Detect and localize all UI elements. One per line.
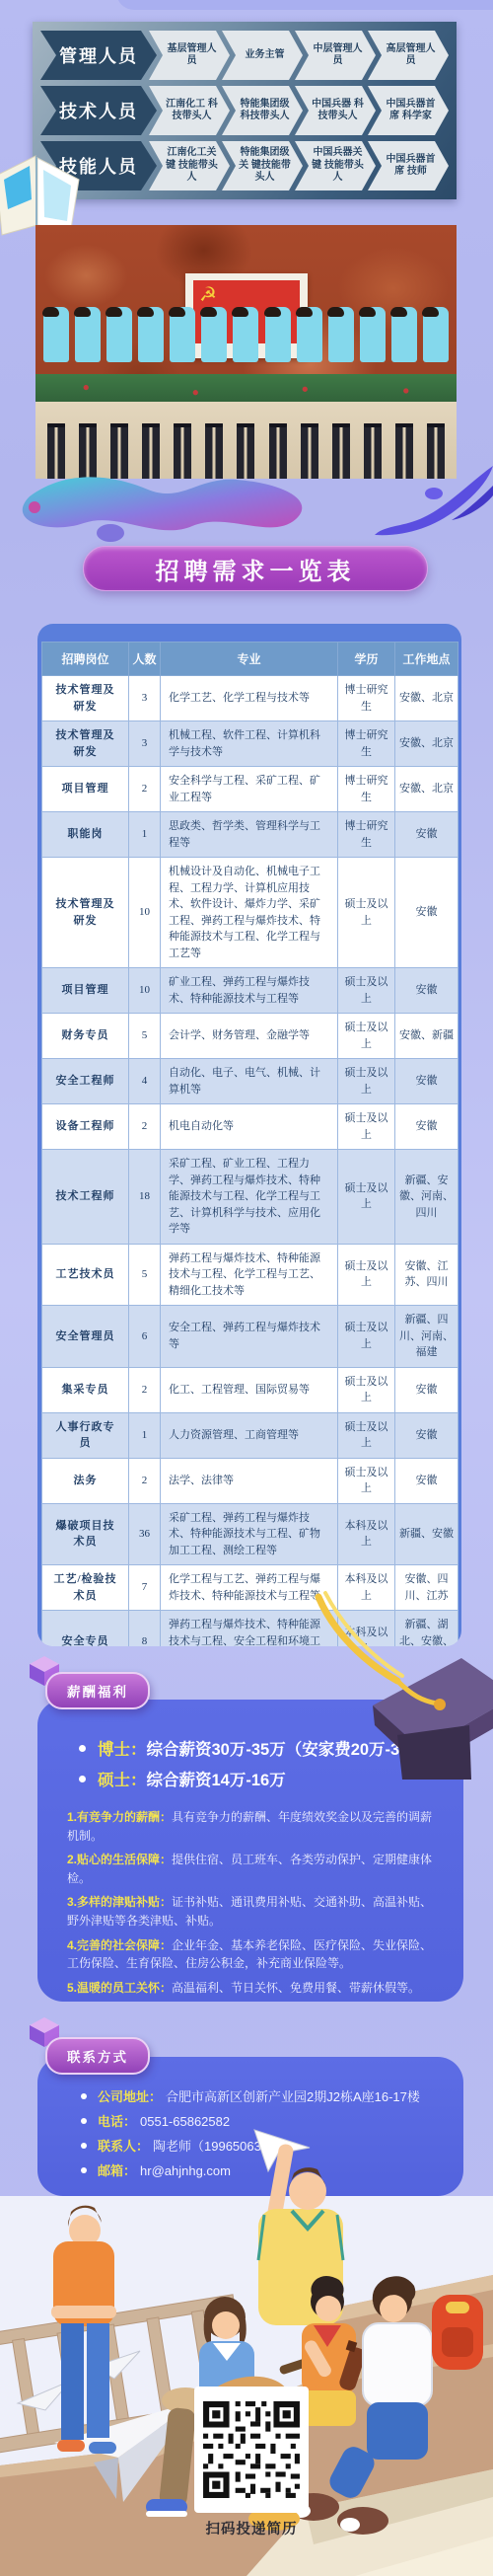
- table-row: 法务 2 法学、法律等 硕士及以上 安徽: [42, 1458, 458, 1503]
- photo-people-row: [43, 309, 449, 457]
- cell-major: 采矿工程、弹药工程与爆炸技术、特种能源技术与工程、矿物加工工程、测绘工程等: [161, 1503, 338, 1565]
- section-title-banner: 招聘需求一览表: [83, 546, 428, 591]
- cell-degree: 硕士及以上: [338, 1306, 395, 1368]
- cell-count: 6: [129, 1306, 161, 1368]
- career-step: 中国兵器 科技带头人: [295, 86, 376, 135]
- table-row: 安全工程师 4 自动化、电子、电气、机械、计算机等 硕士及以上 安徽: [42, 1059, 458, 1104]
- cell-position: 法务: [42, 1458, 129, 1503]
- recruitment-table-card: 招聘岗位 人数 专业 学历 工作地点 技术管理及研发 3 化学工艺、化学工程与技…: [37, 624, 461, 1646]
- cell-position: 设备工程师: [42, 1104, 129, 1150]
- bullet-dot-icon: [79, 1776, 86, 1782]
- cell-count: 3: [129, 721, 161, 767]
- cell-location: 安徽: [395, 812, 458, 858]
- cell-location: 新疆、安徽: [395, 1503, 458, 1565]
- cell-position: 人事行政专员: [42, 1412, 129, 1458]
- cell-position: 安全工程师: [42, 1059, 129, 1104]
- career-step: 特能集团级 科技带头人: [222, 86, 303, 135]
- qr-code: [201, 2399, 302, 2500]
- cell-count: 1: [129, 812, 161, 858]
- benefits-badge: 薪酬福利: [45, 1672, 150, 1709]
- career-step: 中层管理人员: [295, 31, 376, 80]
- cell-position: 项目管理: [42, 767, 129, 812]
- contact-label: 公司地址：: [98, 2086, 162, 2105]
- benefit-item: 4.完善的社会保障：企业年金、基本养老保险、医疗保险、失业保险、工伤保险、生育保…: [67, 1936, 440, 1973]
- cell-count: 4: [129, 1059, 161, 1104]
- cell-count: 10: [129, 858, 161, 968]
- cell-major: 化工、工程管理、国际贸易等: [161, 1367, 338, 1412]
- cell-major: 思政类、哲学类、管理科学与工程等: [161, 812, 338, 858]
- cell-location: 安徽: [395, 858, 458, 968]
- col-location: 工作地点: [395, 643, 458, 676]
- col-position: 招聘岗位: [42, 643, 129, 676]
- table-row: 技术管理及研发 3 化学工艺、化学工程与技术等 博士研究生 安徽、北京: [42, 676, 458, 721]
- bullet-dot-icon: [81, 2093, 87, 2099]
- table-row: 人事行政专员 1 人力资源管理、工商管理等 硕士及以上 安徽: [42, 1412, 458, 1458]
- cell-major: 弹药工程与爆炸技术、特种能源技术与工程、化学工程与工艺、精细化工技术等: [161, 1244, 338, 1306]
- bullet-dot-icon: [79, 1745, 86, 1752]
- person-figure: [201, 309, 227, 457]
- table-row: 职能岗 1 思政类、哲学类、管理科学与工程等 博士研究生 安徽: [42, 812, 458, 858]
- cell-count: 2: [129, 1367, 161, 1412]
- cell-position: 安全专员: [42, 1611, 129, 1647]
- table-row: 技术管理及研发 3 机械工程、软件工程、计算机科学与技术等 博士研究生 安徽、北…: [42, 721, 458, 767]
- table-row: 集采专员 2 化工、工程管理、国际贸易等 硕士及以上 安徽: [42, 1367, 458, 1412]
- cell-location: 安徽、北京: [395, 676, 458, 721]
- cell-position: 爆破项目技术员: [42, 1503, 129, 1565]
- cell-major: 法学、法律等: [161, 1458, 338, 1503]
- cell-major: 矿业工程、弹药工程与爆炸技术、特种能源技术与工程等: [161, 968, 338, 1014]
- cell-major: 会计学、财务管理、金融学等: [161, 1014, 338, 1059]
- qr-card: [194, 2387, 309, 2513]
- cell-count: 2: [129, 767, 161, 812]
- career-step: 高层管理人员: [368, 31, 449, 80]
- cell-location: 新疆、四川、河南、福建: [395, 1306, 458, 1368]
- table-header-row: 招聘岗位 人数 专业 学历 工作地点: [42, 643, 458, 676]
- person-figure: [170, 309, 195, 457]
- cell-position: 技术管理及研发: [42, 721, 129, 767]
- career-step: 特能集团级关 键技能带头人: [222, 141, 303, 190]
- salary-degree-label: 硕士：: [98, 1767, 147, 1790]
- cell-major: 采矿工程、矿业工程、工程力学、弹药工程与爆炸技术、特种能源技术与工程、化学工程与…: [161, 1150, 338, 1245]
- cell-location: 安徽、新疆: [395, 1014, 458, 1059]
- career-track-label: 技术人员: [40, 86, 157, 135]
- cell-major: 机电自动化等: [161, 1104, 338, 1150]
- qr-caption: 扫码投递简历: [182, 2518, 320, 2538]
- cell-degree: 硕士及以上: [338, 1367, 395, 1412]
- team-photo: ☭: [35, 225, 457, 479]
- career-step: 业务主管: [222, 31, 303, 80]
- cell-degree: 硕士及以上: [338, 1244, 395, 1306]
- benefit-label: 3.多样的津贴补贴：: [67, 1895, 172, 1909]
- cell-location: 新疆、安徽、河南、四川: [395, 1150, 458, 1245]
- person-figure: [360, 309, 386, 457]
- cell-location: 安徽: [395, 1458, 458, 1503]
- person-figure: [328, 309, 354, 457]
- cell-degree: 硕士及以上: [338, 858, 395, 968]
- cell-position: 工艺/检验技术员: [42, 1565, 129, 1611]
- benefit-text: 高温福利、节日关怀、免费用餐、带薪休假等。: [172, 1981, 420, 1995]
- career-row: 管理人员 基层管理人员 业务主管 中层管理人员 高层管理人员: [40, 31, 449, 80]
- top-rounded-shape: [116, 0, 493, 10]
- contact-item: 公司地址： 合肥市高新区创新产业园2期J2栋A座16-17楼: [81, 2086, 440, 2105]
- table-row: 技术管理及研发 10 机械设计及自动化、机械电子工程、工程力学、计算机应用技术、…: [42, 858, 458, 968]
- career-step: 江南化工关键 技能带头人: [149, 141, 230, 190]
- cell-degree: 硕士及以上: [338, 1150, 395, 1245]
- person-figure: [138, 309, 164, 457]
- career-row: 技能人员 江南化工关键 技能带头人 特能集团级关 键技能带头人 中国兵器关键 技…: [40, 141, 449, 190]
- col-count: 人数: [129, 643, 161, 676]
- benefit-label: 2.贴心的生活保障：: [67, 1853, 172, 1866]
- benefit-item: 5.温暖的员工关怀：高温福利、节日关怀、免费用餐、带薪休假等。: [67, 1979, 440, 1998]
- table-row: 项目管理 2 安全科学与工程、采矿工程、矿业工程等 博士研究生 安徽、北京: [42, 767, 458, 812]
- career-step: 基层管理人员: [149, 31, 230, 80]
- career-track-label: 管理人员: [40, 31, 157, 80]
- cell-location: 安徽: [395, 968, 458, 1014]
- benefit-item: 3.多样的津贴补贴：证书补贴、通讯费用补贴、交通补助、高温补贴、野外津贴等各类津…: [67, 1893, 440, 1930]
- person-figure: [43, 309, 69, 457]
- cell-major: 安全工程、弹药工程与爆炸技术等: [161, 1306, 338, 1368]
- benefit-item: 1.有竞争力的薪酬：具有竞争力的薪酬、年度绩效奖金以及完善的调薪机制。: [67, 1808, 440, 1845]
- recruitment-table: 招聘岗位 人数 专业 学历 工作地点 技术管理及研发 3 化学工艺、化学工程与技…: [41, 642, 458, 1646]
- contact-badge: 联系方式: [45, 2037, 150, 2075]
- table-row: 爆破项目技术员 36 采矿工程、弹药工程与爆炸技术、特种能源技术与工程、矿物加工…: [42, 1503, 458, 1565]
- table-row: 设备工程师 2 机电自动化等 硕士及以上 安徽: [42, 1104, 458, 1150]
- person-figure: [106, 309, 132, 457]
- cell-count: 10: [129, 968, 161, 1014]
- benefit-label: 1.有竞争力的薪酬：: [67, 1810, 172, 1824]
- cell-degree: 博士研究生: [338, 721, 395, 767]
- table-row: 项目管理 10 矿业工程、弹药工程与爆炸技术、特种能源技术与工程等 硕士及以上 …: [42, 968, 458, 1014]
- cell-degree: 硕士及以上: [338, 1412, 395, 1458]
- cell-location: 安徽: [395, 1104, 458, 1150]
- career-step: 中国兵器关键 技能带头人: [295, 141, 376, 190]
- cell-location: 安徽: [395, 1367, 458, 1412]
- cell-count: 18: [129, 1150, 161, 1245]
- table-row: 安全管理员 6 安全工程、弹药工程与爆炸技术等 硕士及以上 新疆、四川、河南、福…: [42, 1306, 458, 1368]
- table-row: 工艺技术员 5 弹药工程与爆炸技术、特种能源技术与工程、化学工程与工艺、精细化工…: [42, 1244, 458, 1306]
- cell-count: 7: [129, 1565, 161, 1611]
- person-figure: [423, 309, 449, 457]
- col-degree: 学历: [338, 643, 395, 676]
- cell-count: 2: [129, 1458, 161, 1503]
- person-figure: [233, 309, 258, 457]
- hammer-sickle-icon: ☭: [199, 282, 217, 307]
- person-figure: [297, 309, 322, 457]
- cell-degree: 硕士及以上: [338, 1014, 395, 1059]
- cell-position: 工艺技术员: [42, 1244, 129, 1306]
- col-major: 专业: [161, 643, 338, 676]
- cell-location: 安徽、江苏、四川: [395, 1244, 458, 1306]
- cell-major: 人力资源管理、工商管理等: [161, 1412, 338, 1458]
- cell-count: 5: [129, 1014, 161, 1059]
- cell-count: 1: [129, 1412, 161, 1458]
- career-row: 技术人员 江南化工 科技带头人 特能集团级 科技带头人 中国兵器 科技带头人 中…: [40, 86, 449, 135]
- cell-degree: 博士研究生: [338, 767, 395, 812]
- cell-position: 集采专员: [42, 1367, 129, 1412]
- contact-value: 合肥市高新区创新产业园2期J2栋A座16-17楼: [166, 2086, 420, 2105]
- table-row: 财务专员 5 会计学、财务管理、金融学等 硕士及以上 安徽、新疆: [42, 1014, 458, 1059]
- cell-position: 项目管理: [42, 968, 129, 1014]
- person-figure: [265, 309, 291, 457]
- cell-location: 安徽: [395, 1412, 458, 1458]
- cell-major: 机械设计及自动化、机械电子工程、工程力学、计算机应用技术、软件设计、爆炸力学、采…: [161, 858, 338, 968]
- benefit-item: 2.贴心的生活保障：提供住宿、员工班车、各类劳动保护、定期健康体检。: [67, 1851, 440, 1887]
- cell-major: 机械工程、软件工程、计算机科学与技术等: [161, 721, 338, 767]
- cell-location: 安徽、北京: [395, 767, 458, 812]
- recruitment-poster: 管理人员 基层管理人员 业务主管 中层管理人员 高层管理人员 技术人员 江南化工…: [0, 0, 493, 2576]
- cell-degree: 硕士及以上: [338, 1104, 395, 1150]
- cell-major: 安全科学与工程、采矿工程、矿业工程等: [161, 767, 338, 812]
- cell-position: 技术管理及研发: [42, 676, 129, 721]
- cell-degree: 硕士及以上: [338, 1059, 395, 1104]
- career-step: 中国兵器首席 科学家: [368, 86, 449, 135]
- cell-degree: 硕士及以上: [338, 1458, 395, 1503]
- cell-degree: 硕士及以上: [338, 968, 395, 1014]
- person-figure: [391, 309, 417, 457]
- career-step: 中国兵器首席 技师: [368, 141, 449, 190]
- cell-degree: 博士研究生: [338, 812, 395, 858]
- cell-major: 自动化、电子、电气、机械、计算机等: [161, 1059, 338, 1104]
- cell-location: 安徽: [395, 1059, 458, 1104]
- cell-major: 化学工艺、化学工程与技术等: [161, 676, 338, 721]
- salary-text: 综合薪资14万-16万: [147, 1767, 286, 1790]
- cell-position: 财务专员: [42, 1014, 129, 1059]
- cell-degree: 博士研究生: [338, 676, 395, 721]
- cell-position: 技术管理及研发: [42, 858, 129, 968]
- cell-count: 5: [129, 1244, 161, 1306]
- cell-position: 技术工程师: [42, 1150, 129, 1245]
- benefit-label: 4.完善的社会保障：: [67, 1938, 172, 1952]
- benefit-label: 5.温暖的员工关怀：: [67, 1981, 172, 1995]
- career-step: 江南化工 科技带头人: [149, 86, 230, 135]
- graduation-cap-illustration: [304, 1587, 493, 1780]
- salary-degree-label: 博士：: [98, 1736, 147, 1760]
- person-figure: [75, 309, 101, 457]
- cell-count: 8: [129, 1611, 161, 1647]
- cell-count: 2: [129, 1104, 161, 1150]
- cell-position: 职能岗: [42, 812, 129, 858]
- table-row: 技术工程师 18 采矿工程、矿业工程、工程力学、弹药工程与爆炸技术、特种能源技术…: [42, 1150, 458, 1245]
- career-ladder-panel: 管理人员 基层管理人员 业务主管 中层管理人员 高层管理人员 技术人员 江南化工…: [33, 22, 457, 199]
- cell-location: 安徽、北京: [395, 721, 458, 767]
- cell-position: 安全管理员: [42, 1306, 129, 1368]
- cell-count: 36: [129, 1503, 161, 1565]
- cell-count: 3: [129, 676, 161, 721]
- decor-blob-left: [0, 472, 340, 556]
- cell-degree: 本科及以上: [338, 1503, 395, 1565]
